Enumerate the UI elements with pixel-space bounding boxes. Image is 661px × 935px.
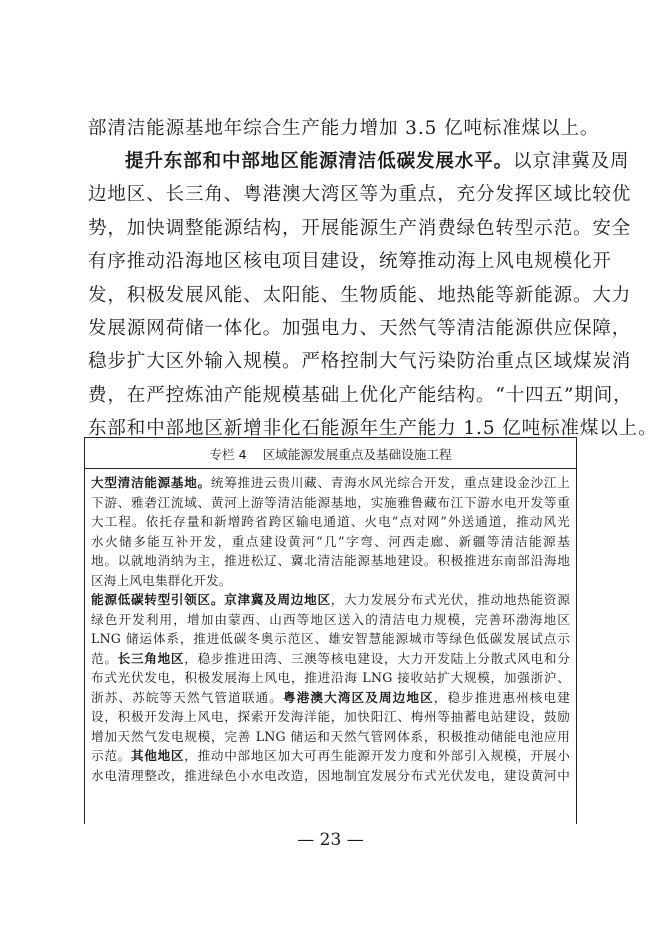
text-line: 增加天然气发电规模，完善 LNG 储运和天然气管网体系，积极推动储能电池应用 (91, 727, 570, 747)
text-fragment: ，推动中部地区加大可再生能源开发力度和外部引入规模，开展小 (184, 748, 570, 763)
text-line: 稳步扩大区外输入规模。严格控制大气污染防治重点区域煤炭消 (88, 345, 574, 378)
text-fragment: ，稳步推进田湾、三澳等核电建设，大力开发陆上分散式风电和分 (184, 651, 570, 666)
text-line: 水电清理整改，推进绿色小水电改造，因地制宜发展分布式光伏发电，建设黄河中 (91, 766, 570, 786)
section-heading: 能源低碳转型引领区。 (91, 592, 224, 607)
text-line: 部清洁能源基地年综合生产能力增加 3.5 亿吨标准煤以上。 (88, 112, 574, 145)
text-line: 范。长三角地区，稳步推进田湾、三澳等核电建设，大力开发陆上分散式风电和分 (91, 649, 570, 669)
text-fragment: 示范。 (91, 748, 131, 763)
paragraph-continuation: 部清洁能源基地年综合生产能力增加 3.5 亿吨标准煤以上。 (88, 112, 574, 145)
document-page: 部清洁能源基地年综合生产能力增加 3.5 亿吨标准煤以上。 提升东部和中部地区能… (0, 0, 661, 935)
box-body: 大型清洁能源基地。统筹推进云贵川藏、青海水风光综合开发，重点建设金沙江上 下游、… (85, 469, 576, 785)
text-fragment: 范。 (91, 651, 118, 666)
text-fragment: 浙苏、苏皖等天然气管道联通。 (91, 690, 283, 705)
text-fragment: ，稳步推进惠州核电建 (434, 690, 570, 705)
region-heading: 京津冀及周边地区 (224, 592, 331, 607)
text-line: 浙苏、苏皖等天然气管道联通。粤港澳大湾区及周边地区，稳步推进惠州核电建 (91, 688, 570, 708)
text-fragment: 以京津冀及周 (513, 151, 629, 172)
text-line: LNG 储运体系，推进低碳冬奥示范区、雄安智慧能源城市等绿色低碳发展试点示 (91, 629, 570, 649)
text-line: 地。以就地消纳为主，推进松辽、冀北清洁能源基地建设。积极推进东南部沿海地 (91, 551, 570, 571)
text-line: 能源低碳转型引领区。京津冀及周边地区，大力发展分布式光伏，推动地热能资源 (91, 590, 570, 610)
section-heading: 大型清洁能源基地。 (91, 475, 211, 490)
paragraph-heading: 提升东部和中部地区能源清洁低碳发展水平。 (125, 151, 513, 172)
text-line: 区海上风电集群化开发。 (91, 571, 570, 591)
text-line: 有序推动沿海地区核电项目建设，统筹推动海上风电规模化开 (88, 245, 574, 278)
text-line: 大工程。依托存量和新增跨省跨区输电通道、火电“点对网”外送通道，推动风光 (91, 512, 570, 532)
box-label: 专栏 4 (209, 444, 246, 463)
text-fragment: 统筹推进云贵川藏、青海水风光综合开发，重点建设金沙江上 (211, 475, 570, 490)
text-line: 布式光伏发电，积极发展海上风电，推进沿海 LNG 接收站扩大规模，加强浙沪、 (91, 668, 570, 688)
page-number: — 23 — (0, 830, 661, 850)
text-line: 水火储多能互补开发，重点建设黄河“几”字弯、河西走廊、新疆等清洁能源基 (91, 532, 570, 552)
region-heading: 粤港澳大湾区及周边地区 (283, 690, 434, 705)
text-line: 下游、雅砻江流域、黄河上游等清洁能源基地，实施雅鲁藏布江下游水电开发等重 (91, 493, 570, 513)
box-title-text: 区域能源发展重点及基础设施工程 (263, 444, 452, 463)
region-heading: 长三角地区 (118, 651, 185, 666)
text-line: 设，积极开发海上风电，探索开发海洋能，加快阳江、梅州等抽蓄电站建设，鼓励 (91, 707, 570, 727)
box-title: 专栏 4 区域能源发展重点及基础设施工程 (85, 438, 576, 469)
text-line: 大型清洁能源基地。统筹推进云贵川藏、青海水风光综合开发，重点建设金沙江上 (91, 473, 570, 493)
paragraph-east-central-region: 提升东部和中部地区能源清洁低碳发展水平。以京津冀及周 边地区、长三角、粤港澳大湾… (88, 145, 574, 446)
text-line: 提升东部和中部地区能源清洁低碳发展水平。以京津冀及周 (88, 145, 574, 178)
text-line: 发展源网荷储一体化。加强电力、天然气等清洁能源供应保障， (88, 312, 574, 345)
text-line: 绿色开发利用，增加由蒙西、山西等地区送入的清洁电力规模，完善环渤海地区 (91, 610, 570, 630)
region-heading: 其他地区 (131, 748, 184, 763)
text-line: 发，积极发展风能、太阳能、生物质能、地热能等新能源。大力 (88, 279, 574, 312)
text-line: 边地区、长三角、粤港澳大湾区等为重点，充分发挥区域比较优 (88, 178, 574, 211)
text-line: 示范。其他地区，推动中部地区加大可再生能源开发力度和外部引入规模，开展小 (91, 746, 570, 766)
sidebar-box-column-4: 专栏 4 区域能源发展重点及基础设施工程 大型清洁能源基地。统筹推进云贵川藏、青… (84, 437, 577, 824)
text-line: 费，在严控炼油产能规模基础上优化产能结构。“十四五”期间， (88, 379, 574, 412)
text-fragment: ，大力发展分布式光伏，推动地热能资源 (331, 592, 570, 607)
text-line: 势，加快调整能源结构，开展能源生产消费绿色转型示范。安全 (88, 212, 574, 245)
